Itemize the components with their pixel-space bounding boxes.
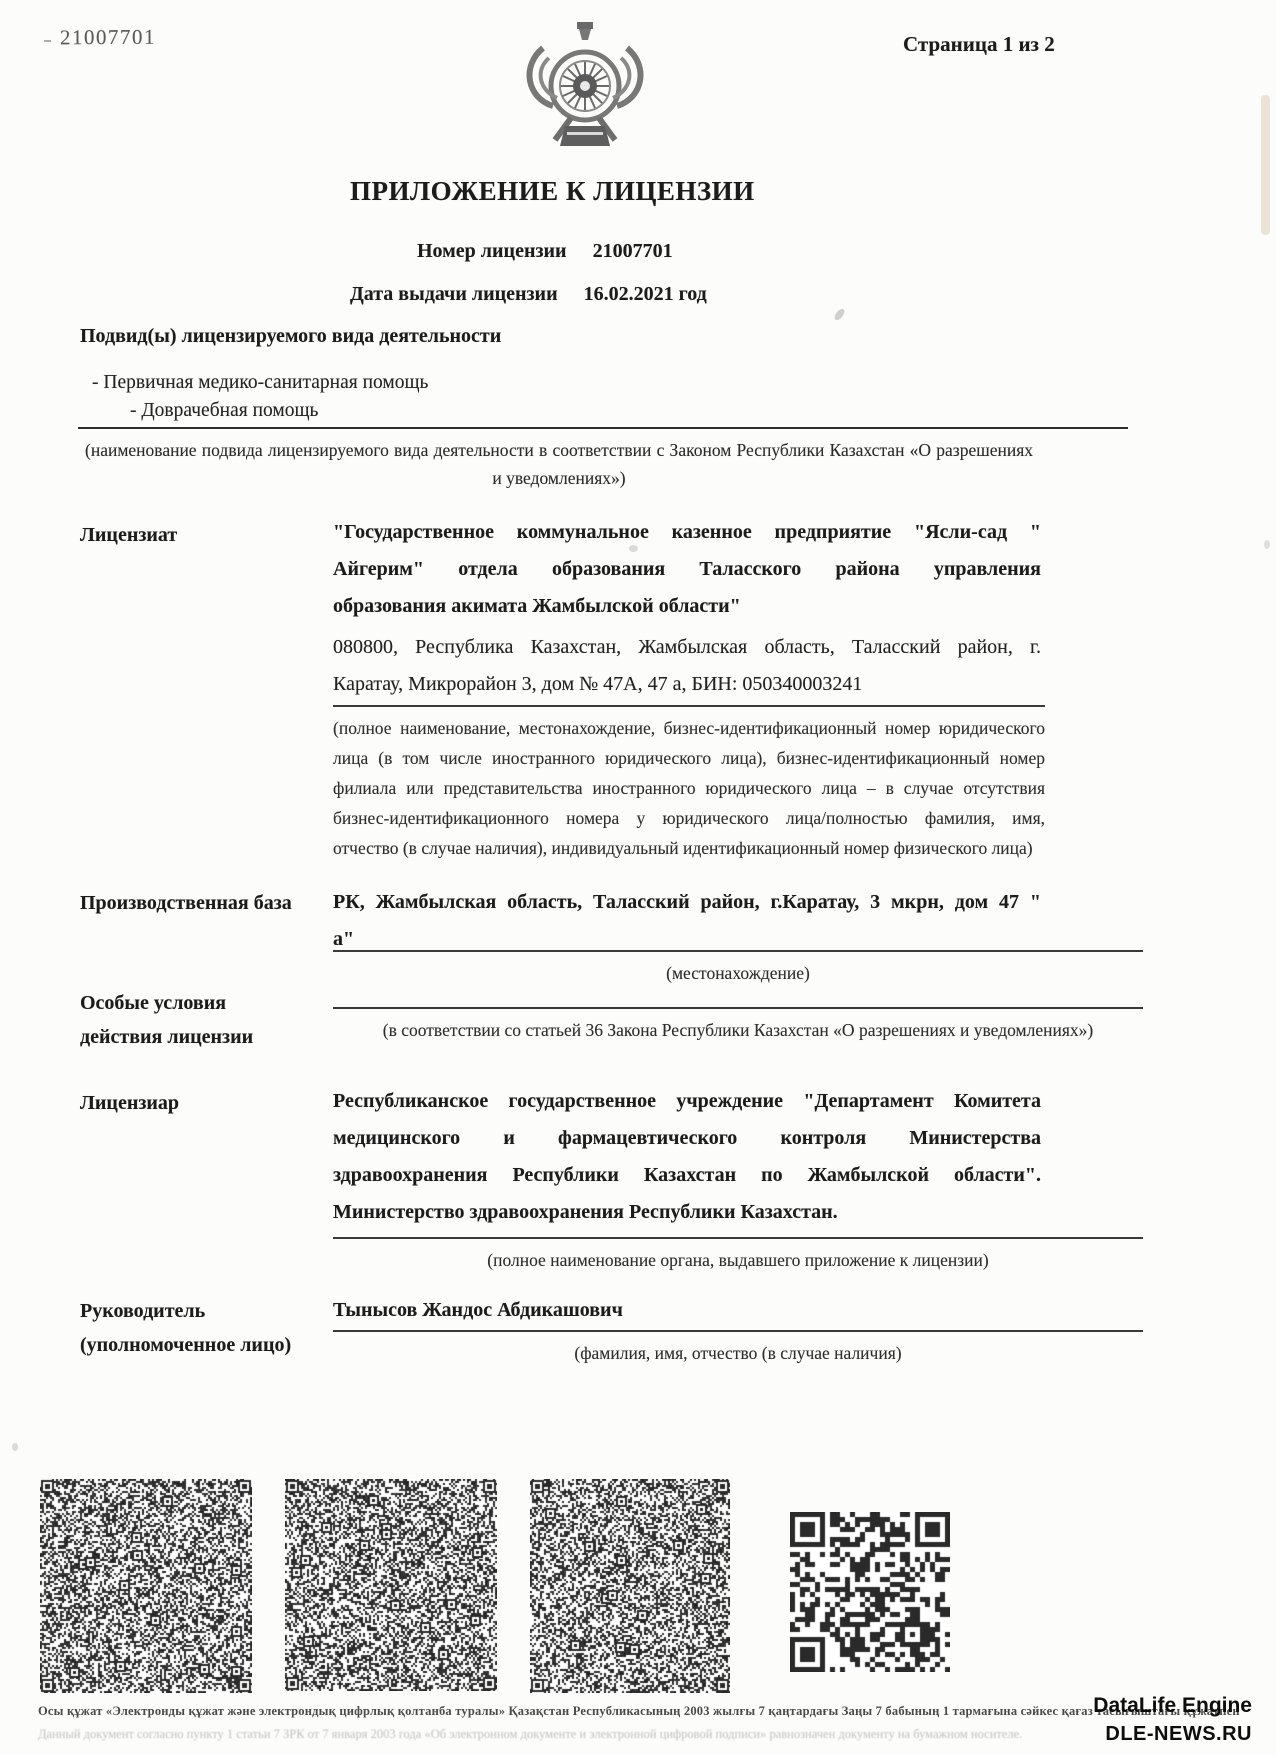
footer-legal-text-ru-faded: Данный документ согласно пункту 1 статьи… [38,1727,1022,1742]
licensee-name-line3: образования акимата Жамбылской области" [333,588,1041,625]
scan-artifact-speck [629,545,638,552]
subtypes-heading: Подвид(ы) лицензируемого вида деятельнос… [80,325,501,348]
special-conditions-label-line1: Особые условия [80,986,226,1020]
scan-artifact-dash [44,40,51,42]
head-label-line2: (уполномоченное лицо) [80,1328,291,1362]
licensor-note: (полное наименование органа, выдавшего п… [333,1245,1143,1275]
licensee-label: Лицензиат [80,518,177,552]
kazakhstan-coat-of-arms-emblem [513,20,657,156]
page-indicator: Страница 1 из 2 [903,32,1055,57]
special-conditions-label-line2-wrap: действия лицензии [80,1020,253,1054]
issue-date-row: Дата выдачи лицензии16.02.2021 год [350,283,707,306]
head-note: (фамилия, имя, отчество (в случае наличи… [333,1338,1143,1368]
subtypes-note-line1: (наименование подвида лицензируемого вид… [85,436,1033,464]
scan-artifact-speck [12,1443,18,1451]
licensee-name-line1: "Государственное коммунальное казенное п… [333,514,1041,551]
licensor-line4: Министерство здравоохранения Республики … [333,1194,1041,1231]
licensee-note-line5: отчество (в случае наличия), индивидуаль… [333,833,1045,863]
licensor-label: Лицензиар [80,1086,179,1120]
special-conditions-note: (в соответствии со статьей 36 Закона Рес… [333,1015,1143,1045]
special-conditions-label-line2: действия лицензии [80,1020,253,1054]
subtype-item-2: - Доврачебная помощь [130,400,318,422]
production-base-note: (местонахождение) [333,958,1143,988]
head-label-line1: Руководитель [80,1294,291,1328]
licensee-note-line4: бизнес-идентификационного номера у юриди… [333,803,1045,833]
licensee-note-line3: филиала или представительства иностранно… [333,773,1045,803]
issue-date-label: Дата выдачи лицензии [350,283,558,305]
subtype-item-1: - Первичная медико-санитарная помощь [92,372,428,394]
rule-under-licensee-address [333,705,1045,707]
digital-signature-barcode-2 [285,1479,497,1691]
subtypes-note: (наименование подвида лицензируемого вид… [85,436,1033,492]
rule-under-licensor [333,1237,1143,1239]
production-base-line1: РК, Жамбылская область, Таласский район,… [333,884,1041,921]
head-label: Руководитель (уполномоченное лицо) [80,1294,291,1362]
issue-date-value: 16.02.2021 год [584,283,707,305]
production-base-value: РК, Жамбылская область, Таласский район,… [333,884,1041,958]
document-number-topleft: 21007701 [60,25,156,51]
licensor-line3: здравоохранения Республики Казахстан по … [333,1157,1041,1194]
licensee-note-line2: лица (в том числе иностранного юридическ… [333,743,1045,773]
rule-under-head [333,1330,1143,1332]
scan-artifact-speck [1264,540,1270,549]
subtypes-note-line2: и уведомлениях») [85,464,1033,492]
special-conditions-label: Особые условия [80,986,226,1020]
production-base-line2: а" [333,921,1041,958]
production-base-label: Производственная база [80,886,292,920]
scan-artifact-streak [1261,95,1270,235]
scan-artifact-speck [833,307,847,322]
licensor-line2: медицинского и фармацевтического контрол… [333,1120,1041,1157]
license-number-row: Номер лицензии21007701 [417,240,673,263]
license-number-value: 21007701 [593,240,673,262]
licensee-address-line1: 080800, Республика Казахстан, Жамбылская… [333,629,1041,666]
rule-under-subtypes [78,427,1128,429]
licensor-line1: Республиканское государственное учрежден… [333,1083,1041,1120]
license-number-label: Номер лицензии [417,240,567,262]
head-value: Тынысов Жандос Абдикашович [333,1292,1041,1329]
licensee-address: 080800, Республика Казахстан, Жамбылская… [333,629,1041,703]
watermark: DataLife Engine DLE-NEWS.RU [1012,1692,1252,1748]
qr-code [790,1512,950,1672]
licensee-note-line1: (полное наименование, местонахождение, б… [333,713,1045,743]
licensee-name: "Государственное коммунальное казенное п… [333,514,1041,625]
digital-signature-barcode-3 [530,1479,730,1693]
rule-under-production-base [333,950,1143,952]
licensor-value: Республиканское государственное учрежден… [333,1083,1041,1231]
rule-special-conditions [333,1007,1143,1009]
licensee-name-line2: Айгерим" отдела образования Таласского р… [333,551,1041,588]
licensee-note: (полное наименование, местонахождение, б… [333,713,1045,863]
watermark-line1: DataLife Engine [1012,1692,1252,1720]
watermark-line2: DLE-NEWS.RU [1012,1720,1252,1748]
scanned-license-document: 21007701 Страница 1 из 2 [0,0,1276,1755]
licensee-address-line2: Каратау, Микрорайон 3, дом № 47А, 47 а, … [333,666,1041,703]
document-title: ПРИЛОЖЕНИЕ К ЛИЦЕНЗИИ [350,176,755,207]
digital-signature-barcode-1 [40,1479,252,1693]
